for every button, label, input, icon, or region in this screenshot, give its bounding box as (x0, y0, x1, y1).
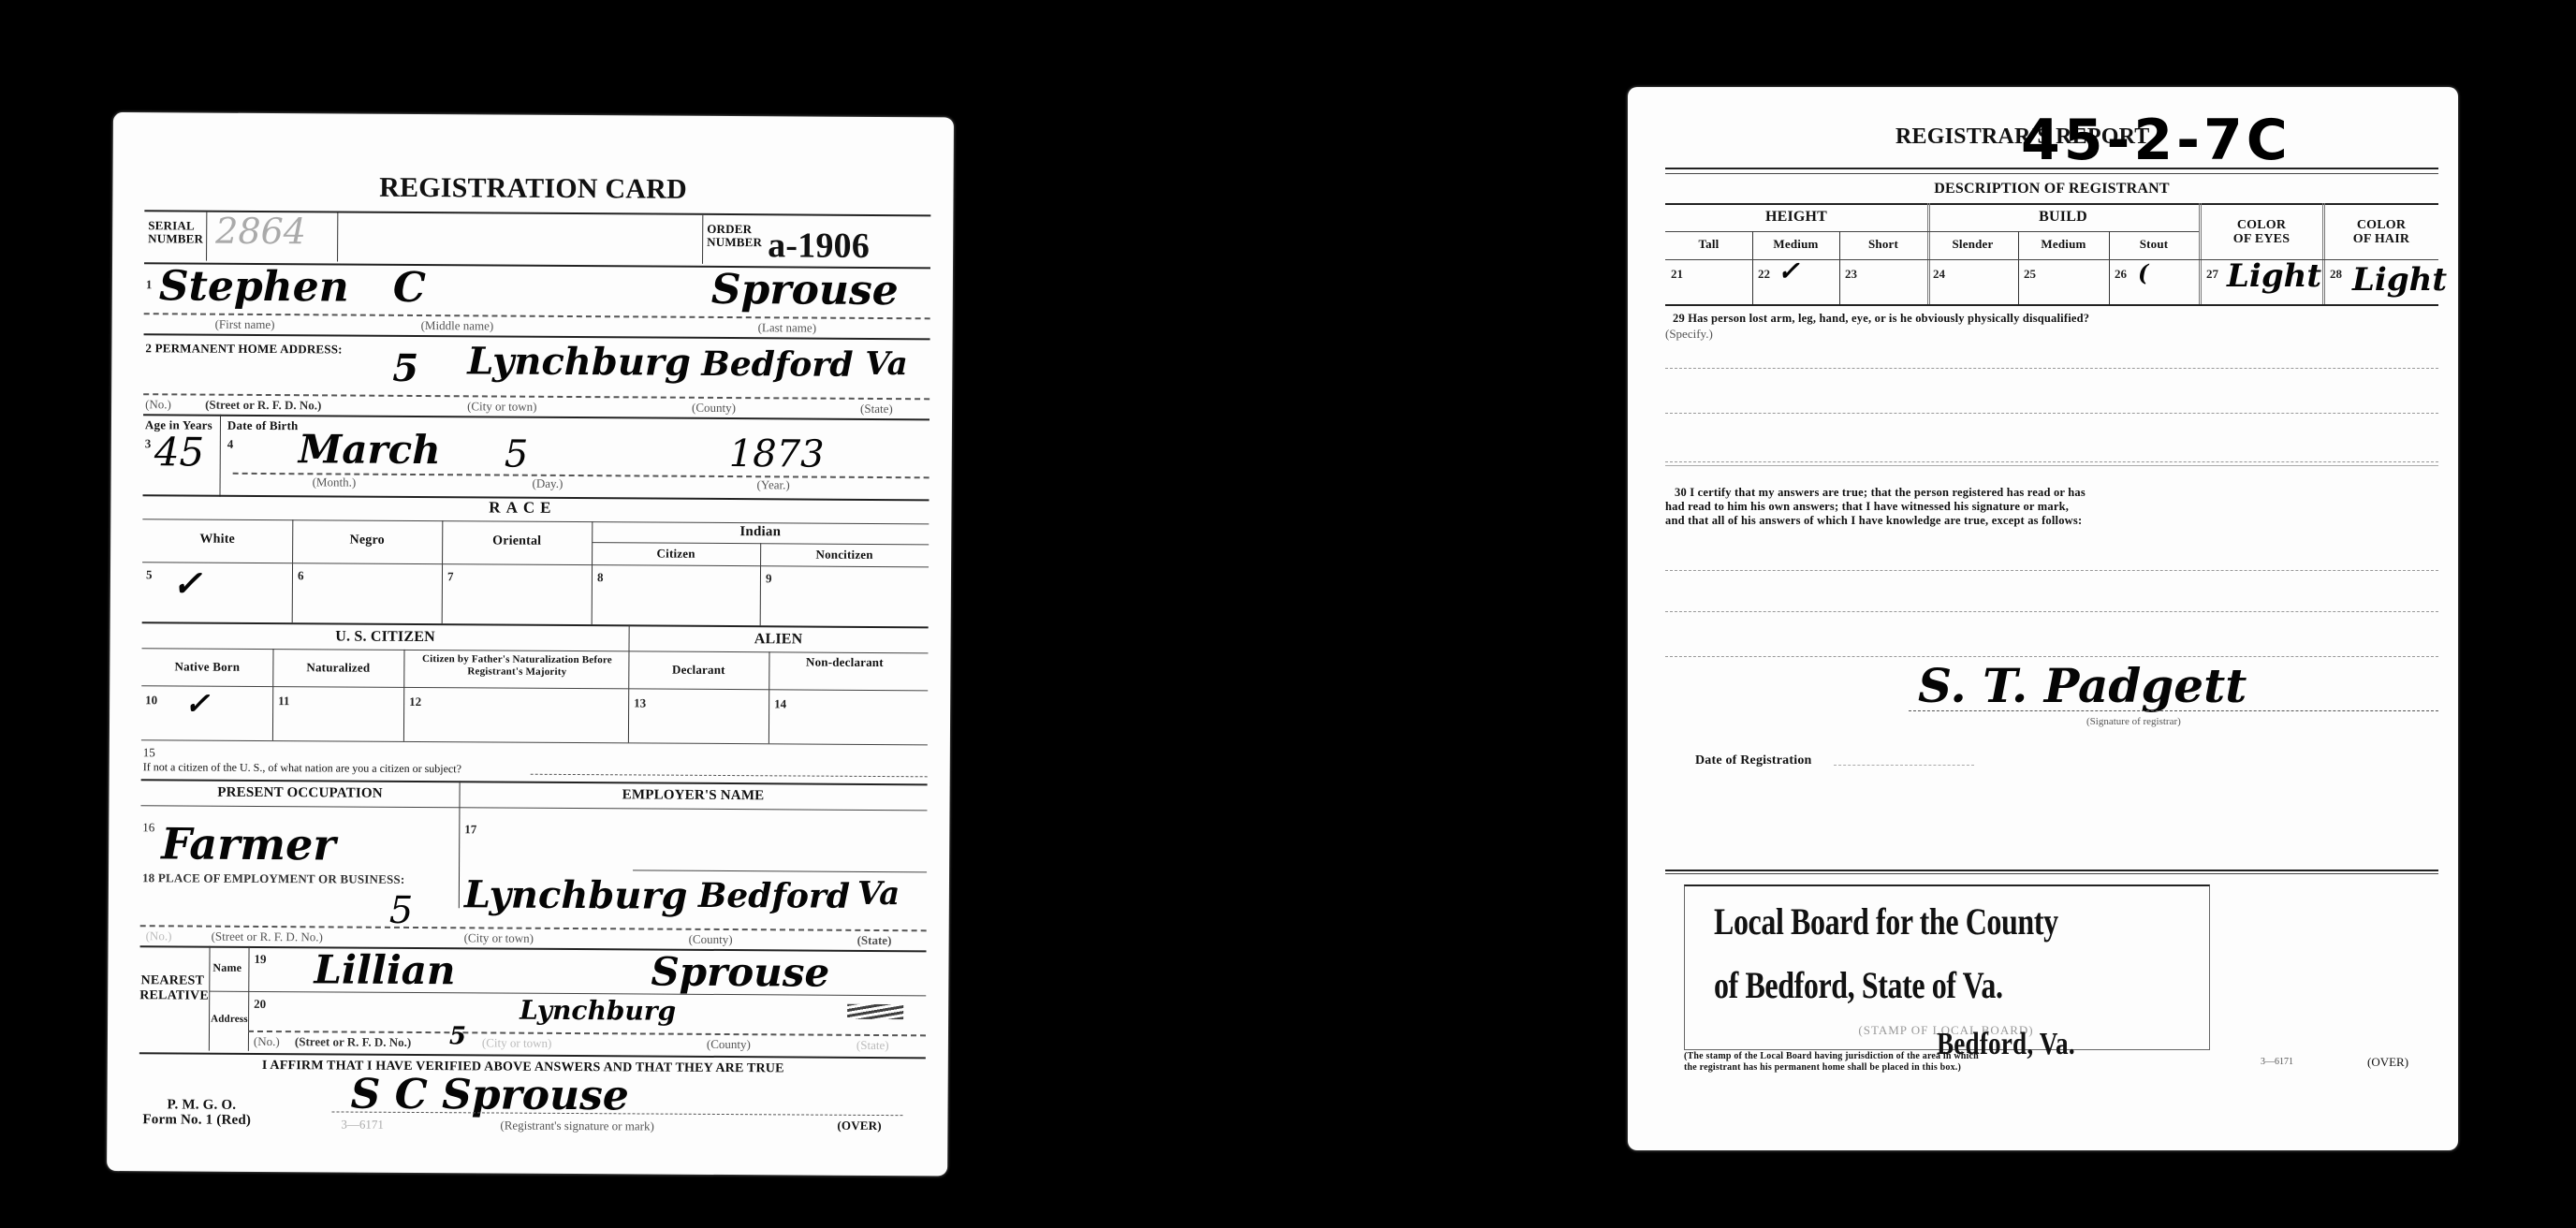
relative-first-name: Lillian (314, 946, 455, 993)
certification-line3: and that all of his answers of which I h… (1665, 514, 2086, 528)
home-address-label: 2 PERMANENT HOME ADDRESS: (145, 341, 342, 357)
divider (768, 651, 770, 743)
print-code: 3—6171 (2261, 1057, 2293, 1067)
field-number: 14 (774, 696, 786, 711)
alien-heading: ALIEN (629, 630, 929, 649)
divider (1665, 304, 2438, 306)
divider (142, 519, 929, 524)
caption: (City or town) (464, 930, 534, 945)
height-medium-mark: ✓ (1778, 256, 1799, 286)
stamp-note-line2: the registrant has his permanent home sh… (1684, 1062, 1979, 1074)
divider (1665, 231, 2199, 232)
eye-color-heading: COLOR OF EYES (2201, 218, 2322, 246)
divider (1665, 873, 2438, 874)
card-title: REGISTRATION CARD (112, 170, 953, 207)
home-address-county: Bedford (701, 344, 853, 385)
field-number: 21 (1671, 267, 1683, 282)
caption: (No.) (254, 1034, 280, 1049)
field-number: 27 (2206, 267, 2218, 282)
field-number: 6 (298, 568, 304, 583)
race-heading: RACE (447, 498, 597, 518)
home-address-city: Lynchburg (467, 339, 691, 384)
non-declarant-label: Non-declarant (783, 655, 905, 669)
answer-line (1665, 413, 2438, 414)
divider (248, 946, 250, 1051)
divider (219, 415, 221, 497)
nearest-relative-label: NEAREST RELATIVE (139, 973, 205, 1003)
caption: (Middle name) (421, 318, 494, 333)
answer-line (1665, 461, 2438, 462)
field-number: 24 (1933, 267, 1945, 282)
order-number-value: a-1906 (768, 225, 870, 267)
employment-address-state: Va (857, 875, 900, 913)
race-white-mark: ✓ (172, 562, 202, 604)
divider (633, 870, 927, 872)
home-address-state: Va (865, 345, 908, 383)
caption: (Street or R. F. D. No.) (295, 1034, 411, 1050)
race-indian-label: Indian (592, 523, 929, 541)
serial-number-label: SERIAL NUMBER (148, 219, 203, 245)
relative-name-label: Name (212, 961, 241, 975)
nearest-relative-line1: NEAREST (139, 973, 205, 988)
divider (1665, 173, 2438, 174)
divider (141, 648, 928, 653)
divider (702, 215, 703, 264)
divider (531, 774, 928, 778)
build-slender-label: Slender (1927, 237, 2018, 252)
caption: (County) (707, 1037, 751, 1052)
registration-card-back: REGISTRAR'S REPORT 45-2-7C DESCRIPTION O… (1628, 87, 2458, 1150)
caption: (First name) (215, 317, 275, 332)
field-number: 7 (447, 569, 454, 584)
form-id-line1: P. M. G. O. (142, 1097, 251, 1113)
answer-line (1665, 570, 2438, 571)
build-heading: BUILD (1927, 209, 2199, 226)
eye-color-value: Light (2227, 257, 2321, 295)
field-number: 20 (254, 997, 266, 1012)
field-number: 11 (278, 694, 289, 709)
fathers-naturalization-label: Citizen by Father's Naturalization Befor… (409, 653, 624, 679)
us-citizen-heading: U. S. CITIZEN (142, 627, 629, 647)
field-number: 13 (634, 695, 646, 710)
stamp-line-1: Local Board for the County (1714, 899, 2058, 943)
caption: (No.) (145, 397, 171, 412)
middle-name-value: C (393, 264, 426, 312)
caption: (County) (689, 932, 733, 947)
caption: (State) (860, 402, 893, 417)
native-born-mark: ✓ (184, 685, 210, 721)
caption: (Last name) (758, 320, 817, 335)
caption: (State) (857, 933, 892, 948)
height-tall-label: Tall (1665, 237, 1752, 252)
employment-address-county: Bedford (698, 876, 850, 916)
caption: (Street or R. F. D. No.) (212, 929, 323, 945)
field-number: 12 (409, 694, 421, 709)
field-number: 26 (2115, 267, 2127, 282)
caption: (State) (856, 1038, 889, 1053)
build-stout-mark: ( (2138, 259, 2148, 286)
stamp-note-line1: (The stamp of the Local Board having jur… (1684, 1051, 1979, 1062)
eye-color-line2: OF EYES (2201, 232, 2322, 246)
declarant-label: Declarant (628, 662, 768, 678)
field-number: 8 (597, 570, 604, 585)
nation-question: If not a citizen of the U. S., of what n… (143, 760, 461, 776)
field-number: 15 (143, 745, 155, 760)
registrar-caption: (Signature of registrar) (2086, 716, 2181, 727)
occupation-heading: PRESENT OCCUPATION (141, 784, 460, 802)
date-of-registration-label: Date of Registration (1695, 753, 1812, 768)
field-number: 9 (766, 571, 772, 586)
field-number: 28 (2330, 267, 2342, 282)
answer-line (1665, 611, 2438, 612)
hair-color-heading: COLOR OF HAIR (2324, 218, 2438, 246)
caption: (County) (692, 401, 736, 416)
race-oriental-label: Oriental (442, 534, 592, 549)
field-number: 16 (142, 820, 154, 835)
divider (206, 212, 207, 261)
caption: (No.) (146, 928, 172, 943)
last-name-value: Sprouse (711, 266, 899, 314)
relative-address-city: Lynchburg (520, 995, 676, 1027)
age-value: 45 (154, 429, 205, 475)
divider (1665, 168, 2438, 169)
scribble-mark (847, 1004, 903, 1019)
relative-last-name: Sprouse (651, 949, 829, 996)
field-number: 25 (2024, 267, 2036, 282)
stamp-line-2: of Bedford, State of Va. (1714, 963, 2003, 1007)
divider (141, 685, 928, 691)
registrar-signature: S. T. Padgett (1918, 658, 2247, 713)
field-number: 22 (1758, 267, 1770, 282)
field-number: 17 (464, 822, 476, 837)
hair-color-value: Light (2352, 261, 2447, 299)
eye-color-line1: COLOR (2201, 218, 2322, 232)
divider (1665, 870, 2438, 871)
divider (403, 650, 405, 741)
question-29: 29 Has person lost arm, leg, hand, eye, … (1673, 312, 2089, 326)
field-number: 1 (146, 277, 153, 292)
race-negro-label: Negro (292, 533, 442, 548)
answer-line (1665, 368, 2438, 369)
signature-caption: (Registrant's signature or mark) (500, 1118, 654, 1134)
date-line (1834, 765, 1974, 766)
divider (140, 805, 927, 811)
height-heading: HEIGHT (1665, 209, 1927, 226)
specify-caption: (Specify.) (1665, 327, 1713, 342)
race-indian-citizen-label: Citizen (592, 546, 760, 562)
field-number: 19 (254, 952, 266, 967)
naturalized-label: Naturalized (272, 660, 403, 676)
signature-line (1909, 710, 2438, 711)
race-indian-noncitizen-label: Noncitizen (760, 547, 929, 563)
certification-line2: had read to him his own answers; that I … (1665, 500, 2086, 514)
over-label: (OVER) (2367, 1055, 2408, 1070)
dob-label: Date of Birth (227, 418, 299, 433)
stamped-number: 45-2-7C (2021, 108, 2291, 173)
divider (142, 562, 929, 567)
relative-address-number: 5 (449, 1022, 466, 1050)
order-number-label: ORDER NUMBER (707, 223, 762, 249)
order-label-line2: NUMBER (707, 236, 762, 249)
build-stout-label: Stout (2109, 237, 2199, 252)
divider (209, 946, 211, 1051)
registration-card-front: REGISTRATION CARD SERIAL NUMBER 2864 ORD… (107, 112, 954, 1176)
build-medium-label: Medium (2018, 237, 2109, 252)
caption: (City or town) (482, 1035, 551, 1050)
caption: (City or town) (467, 399, 536, 414)
field-number: 3 (145, 436, 152, 451)
certification-text: 30 I certify that my answers are true; t… (1665, 486, 2086, 528)
native-born-label: Native Born (141, 659, 272, 675)
divider (141, 739, 928, 745)
hair-color-line2: OF HAIR (2324, 232, 2438, 246)
occupation-value: Farmer (161, 818, 336, 870)
divider (1665, 465, 2438, 466)
answer-line (1665, 656, 2438, 657)
field-number: 10 (145, 693, 157, 708)
employment-address-city: Lynchburg (464, 872, 688, 917)
height-medium-label: Medium (1752, 237, 1839, 252)
divider (337, 212, 338, 261)
caption: (Street or R. F. D. No.) (205, 398, 321, 414)
field-number: 23 (1845, 267, 1857, 282)
employer-heading: EMPLOYER'S NAME (460, 786, 928, 805)
first-name-value: Stephen (159, 262, 349, 311)
certification-line1: 30 I certify that my answers are true; t… (1665, 486, 2086, 500)
race-white-label: White (142, 532, 292, 548)
serial-label-line2: NUMBER (148, 232, 203, 245)
form-id: P. M. G. O. Form No. 1 (Red) (142, 1097, 251, 1128)
height-short-label: Short (1839, 237, 1927, 252)
field-number: 4 (227, 437, 234, 452)
dob-year-value: 1873 (729, 432, 825, 476)
place-of-employment-label: 18 PLACE OF EMPLOYMENT OR BUSINESS: (142, 870, 404, 887)
field-number: 5 (146, 567, 153, 582)
nearest-relative-line2: RELATIVE (139, 988, 205, 1003)
print-code: 3—6171 (341, 1118, 384, 1133)
stamp-note: (The stamp of the Local Board having jur… (1684, 1051, 1979, 1074)
caption: (Month.) (313, 475, 357, 490)
description-heading: DESCRIPTION OF REGISTRANT (1665, 181, 2438, 197)
caption: (Year.) (757, 477, 790, 492)
hair-color-line1: COLOR (2324, 218, 2438, 232)
dob-day-value: 5 (505, 433, 529, 476)
form-id-line2: Form No. 1 (Red) (142, 1112, 251, 1128)
home-address-number: 5 (392, 346, 418, 390)
serial-number-value: 2864 (215, 211, 306, 253)
caption: (Day.) (533, 476, 563, 491)
relative-address-label: Address (211, 1014, 248, 1025)
dob-month-value: March (299, 426, 441, 473)
over-label: (OVER) (837, 1118, 882, 1133)
